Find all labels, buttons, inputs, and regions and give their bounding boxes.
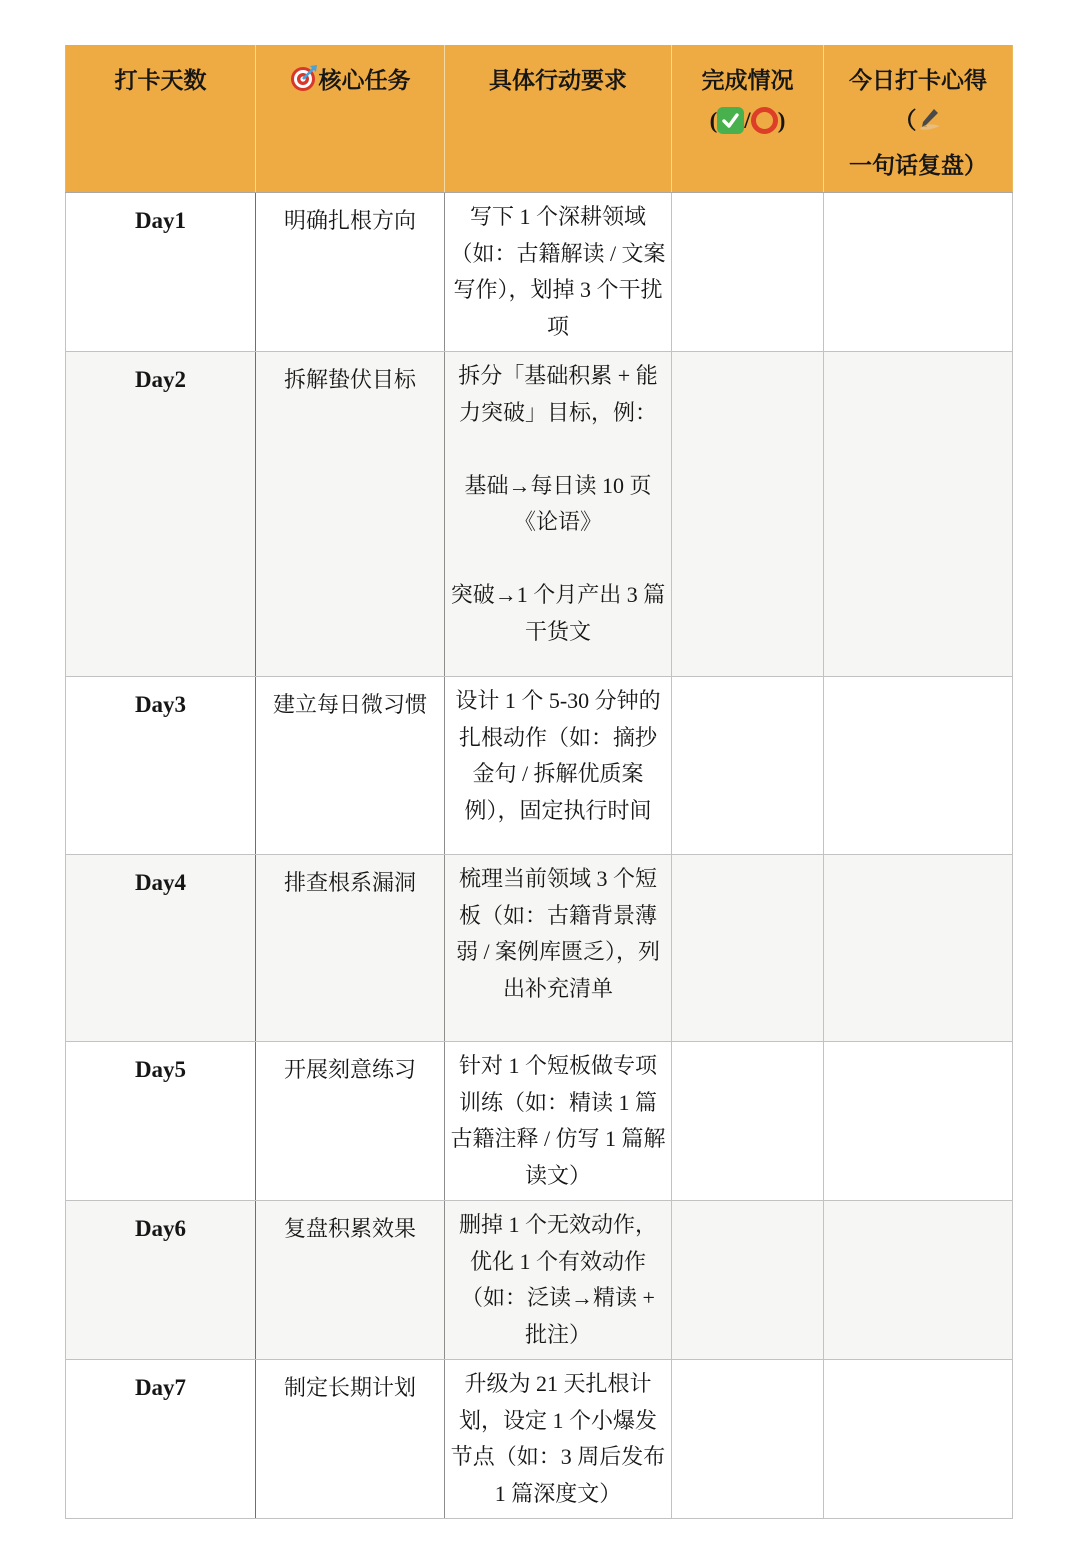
action-cell: 升级为 21 天扎根计划，设定 1 个小爆发节点（如：3 周后发布 1 篇深度文…	[445, 1360, 672, 1519]
header-review: 今日打卡心得 （ 一句话复盘）	[824, 45, 1013, 193]
task-cell: 明确扎根方向	[256, 193, 445, 352]
day-label: Day7	[135, 1375, 186, 1400]
header-row: 打卡天数 核心任务 具体行动要求 完成情况 (/) 今日打卡心得	[66, 45, 1013, 193]
action-cell: 设计 1 个 5-30 分钟的扎根动作（如：摘抄金句 / 拆解优质案例），固定执…	[445, 677, 672, 855]
day-label: Day1	[135, 208, 186, 233]
note-cell	[824, 855, 1013, 1042]
status-cell	[672, 193, 824, 352]
day-cell: Day1	[66, 193, 256, 352]
table-row-day7: Day7 制定长期计划 升级为 21 天扎根计划，设定 1 个小爆发节点（如：3…	[66, 1360, 1013, 1519]
day-label: Day4	[135, 870, 186, 895]
header-core-task: 核心任务	[256, 45, 445, 193]
status-cell	[672, 677, 824, 855]
day-label: Day3	[135, 692, 186, 717]
status-cell	[672, 1042, 824, 1201]
task-cell: 开展刻意练习	[256, 1042, 445, 1201]
action-cell: 删掉 1 个无效动作，优化 1 个有效动作（如：泛读→精读 + 批注）	[445, 1201, 672, 1360]
action-cell: 梳理当前领域 3 个短板（如：古籍背景薄弱 / 案例库匮乏），列出补充清单	[445, 855, 672, 1042]
task-cell: 排查根系漏洞	[256, 855, 445, 1042]
day-label: Day5	[135, 1057, 186, 1082]
note-cell	[824, 1042, 1013, 1201]
paren-open-full: （	[894, 108, 917, 133]
status-cell	[672, 855, 824, 1042]
header-review-title: 今日打卡心得	[849, 68, 987, 93]
table-row-day3: Day3 建立每日微习惯 设计 1 个 5-30 分钟的扎根动作（如：摘抄金句 …	[66, 677, 1013, 855]
paren-close: )	[778, 108, 786, 133]
status-cell	[672, 1360, 824, 1519]
day-cell: Day7	[66, 1360, 256, 1519]
header-review-rest: 一句话复盘）	[849, 153, 987, 178]
task-label: 建立每日微习惯	[273, 692, 427, 717]
table-row-day4: Day4 排查根系漏洞 梳理当前领域 3 个短板（如：古籍背景薄弱 / 案例库匮…	[66, 855, 1013, 1042]
table-row-day6: Day6 复盘积累效果 删掉 1 个无效动作，优化 1 个有效动作（如：泛读→精…	[66, 1201, 1013, 1360]
checkin-table-sheet: 打卡天数 核心任务 具体行动要求 完成情况 (/) 今日打卡心得	[65, 45, 1013, 1519]
day-cell: Day2	[66, 352, 256, 677]
day-label: Day6	[135, 1216, 186, 1241]
note-cell	[824, 677, 1013, 855]
header-review-legend: （ 一句话复盘）	[829, 101, 1007, 186]
table-row-day2: Day2 拆解蛰伏目标 拆分「基础积累 + 能力突破」目标，例： 基础→每日读 …	[66, 352, 1013, 677]
header-actions: 具体行动要求	[445, 45, 672, 193]
header-days-label: 打卡天数	[115, 68, 207, 93]
task-cell: 制定长期计划	[256, 1360, 445, 1519]
hollow-circle-icon	[751, 107, 778, 134]
day-cell: Day5	[66, 1042, 256, 1201]
task-label: 拆解蛰伏目标	[284, 367, 416, 392]
task-cell: 复盘积累效果	[256, 1201, 445, 1360]
task-label: 明确扎根方向	[284, 208, 416, 233]
table-row-day5: Day5 开展刻意练习 针对 1 个短板做专项训练（如：精读 1 篇古籍注释 /…	[66, 1042, 1013, 1201]
header-days: 打卡天数	[66, 45, 256, 193]
paren-open: (	[710, 108, 718, 133]
task-label: 排查根系漏洞	[284, 870, 416, 895]
day-cell: Day4	[66, 855, 256, 1042]
note-cell	[824, 1201, 1013, 1360]
note-cell	[824, 1360, 1013, 1519]
header-status: 完成情况 (/)	[672, 45, 824, 193]
checkin-table: 打卡天数 核心任务 具体行动要求 完成情况 (/) 今日打卡心得	[65, 45, 1013, 1519]
task-cell: 建立每日微习惯	[256, 677, 445, 855]
header-actions-label: 具体行动要求	[489, 68, 627, 93]
note-cell	[824, 193, 1013, 352]
task-label: 制定长期计划	[284, 1375, 416, 1400]
task-label: 开展刻意练习	[284, 1057, 416, 1082]
target-icon	[290, 64, 319, 106]
header-core-task-label: 核心任务	[319, 68, 411, 93]
slash-separator: /	[744, 108, 750, 133]
action-cell: 针对 1 个短板做专项训练（如：精读 1 篇古籍注释 / 仿写 1 篇解读文）	[445, 1042, 672, 1201]
check-mark-icon	[717, 107, 744, 134]
status-cell	[672, 352, 824, 677]
table-row-day1: Day1 明确扎根方向 写下 1 个深耕领域（如：古籍解读 / 文案写作），划掉…	[66, 193, 1013, 352]
task-label: 复盘积累效果	[284, 1216, 416, 1241]
writing-hand-icon	[917, 106, 943, 146]
day-cell: Day3	[66, 677, 256, 855]
header-status-legend: (/)	[677, 101, 818, 141]
action-cell: 拆分「基础积累 + 能力突破」目标，例： 基础→每日读 10 页《论语》 突破→…	[445, 352, 672, 677]
status-cell	[672, 1201, 824, 1360]
day-label: Day2	[135, 367, 186, 392]
header-status-title: 完成情况	[702, 68, 794, 93]
task-cell: 拆解蛰伏目标	[256, 352, 445, 677]
action-cell: 写下 1 个深耕领域（如：古籍解读 / 文案写作），划掉 3 个干扰项	[445, 193, 672, 352]
day-cell: Day6	[66, 1201, 256, 1360]
note-cell	[824, 352, 1013, 677]
